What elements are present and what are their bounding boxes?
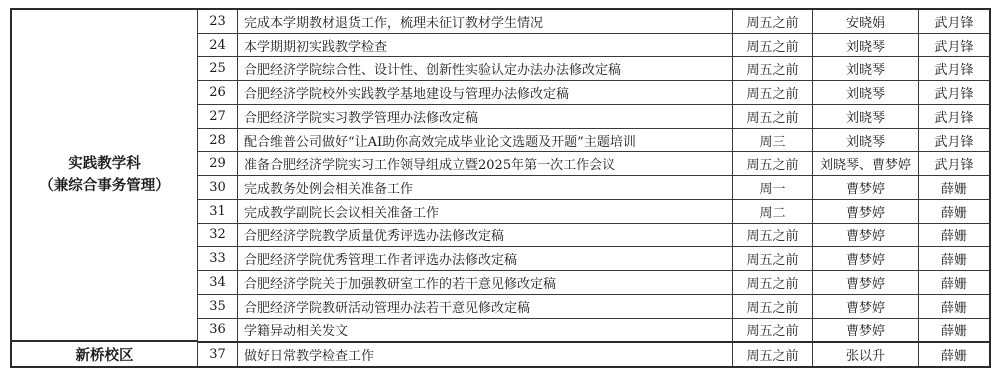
row-number-cell: 30	[198, 176, 238, 199]
task-cell: 合肥经济学院综合性、设计性、创新性实验认定办法办法修改定稿	[238, 57, 733, 80]
deadline-cell: 周五之前	[733, 10, 813, 33]
table-row: 24 本学期期初实践教学检查 周五之前 刘晓琴 武月锋	[198, 33, 989, 57]
section-label-practice-teaching: 实践教学科 （兼综合事务管理）	[12, 10, 197, 340]
row-number-cell: 24	[198, 34, 238, 57]
section-label-line1: 实践教学科	[68, 153, 141, 175]
supervisor-cell: 武月锋	[919, 152, 989, 175]
table-row: 35 合肥经济学院教研活动管理办法若干意见修改定稿 周五之前 曹梦婷 薛姗	[198, 294, 989, 318]
table-rows: 23 完成本学期教材退货工作，梳理未征订教材学生情况 周五之前 安晓娟 武月锋 …	[198, 10, 989, 366]
assignee-cell: 曹梦婷	[813, 247, 919, 270]
task-cell: 准备合肥经济学院实习工作领导组成立暨2025年第一次工作会议	[238, 152, 733, 175]
assignee-cell: 曹梦婷	[813, 271, 919, 294]
task-cell: 合肥经济学院教学质量优秀评选办法修改定稿	[238, 224, 733, 247]
deadline-cell: 周五之前	[733, 34, 813, 57]
deadline-cell: 周五之前	[733, 105, 813, 128]
row-number-cell: 33	[198, 247, 238, 270]
section-label-xinqiao-campus: 新桥校区	[12, 340, 197, 366]
supervisor-cell: 薛姗	[919, 176, 989, 199]
task-cell: 合肥经济学院关于加强教研室工作的若干意见修改定稿	[238, 271, 733, 294]
row-number-cell: 34	[198, 271, 238, 294]
assignee-cell: 张以升	[813, 343, 919, 366]
assignee-cell: 刘晓琴	[813, 34, 919, 57]
deadline-cell: 周五之前	[733, 343, 813, 366]
section-label-line2: （兼综合事务管理）	[39, 175, 170, 197]
assignee-cell: 刘晓琴、曹梦婷	[813, 152, 919, 175]
task-cell: 完成本学期教材退货工作，梳理未征订教材学生情况	[238, 10, 733, 33]
row-number-cell: 27	[198, 105, 238, 128]
table-row: 34 合肥经济学院关于加强教研室工作的若干意见修改定稿 周五之前 曹梦婷 薛姗	[198, 270, 989, 294]
row-number-cell: 25	[198, 57, 238, 80]
deadline-cell: 周二	[733, 200, 813, 223]
assignee-cell: 刘晓琴	[813, 129, 919, 152]
table-row: 30 完成教务处例会相关准备工作 周一 曹梦婷 薛姗	[198, 175, 989, 199]
task-cell: 完成教务处例会相关准备工作	[238, 176, 733, 199]
supervisor-cell: 武月锋	[919, 129, 989, 152]
row-number-cell: 26	[198, 81, 238, 104]
supervisor-cell: 武月锋	[919, 10, 989, 33]
table-row: 28 配合维普公司做好“让AI助你高效完成毕业论文选题及开题”主题培训 周三 刘…	[198, 128, 989, 152]
row-number-cell: 35	[198, 295, 238, 318]
deadline-cell: 周五之前	[733, 152, 813, 175]
supervisor-cell: 薛姗	[919, 295, 989, 318]
assignee-cell: 刘晓琴	[813, 81, 919, 104]
supervisor-cell: 薛姗	[919, 343, 989, 366]
row-number-cell: 32	[198, 224, 238, 247]
table-row: 37 做好日常教学检查工作 周五之前 张以升 薛姗	[198, 341, 989, 366]
supervisor-cell: 薛姗	[919, 247, 989, 270]
row-number-cell: 36	[198, 319, 238, 342]
supervisor-cell: 薛姗	[919, 200, 989, 223]
deadline-cell: 周五之前	[733, 271, 813, 294]
task-cell: 完成教学副院长会议相关准备工作	[238, 200, 733, 223]
supervisor-cell: 武月锋	[919, 81, 989, 104]
task-cell: 合肥经济学院实习教学管理办法修改定稿	[238, 105, 733, 128]
task-table: 实践教学科 （兼综合事务管理） 新桥校区 23 完成本学期教材退货工作，梳理未征…	[10, 8, 991, 368]
task-cell: 做好日常教学检查工作	[238, 343, 733, 366]
task-cell: 合肥经济学院优秀管理工作者评选办法修改定稿	[238, 247, 733, 270]
row-number-cell: 28	[198, 129, 238, 152]
table-row: 32 合肥经济学院教学质量优秀评选办法修改定稿 周五之前 曹梦婷 薛姗	[198, 223, 989, 247]
table-row: 33 合肥经济学院优秀管理工作者评选办法修改定稿 周五之前 曹梦婷 薛姗	[198, 246, 989, 270]
assignee-cell: 安晓娟	[813, 10, 919, 33]
supervisor-cell: 武月锋	[919, 34, 989, 57]
table-row: 27 合肥经济学院实习教学管理办法修改定稿 周五之前 刘晓琴 武月锋	[198, 104, 989, 128]
assignee-cell: 曹梦婷	[813, 319, 919, 342]
supervisor-cell: 武月锋	[919, 105, 989, 128]
row-number-cell: 23	[198, 10, 238, 33]
row-number-cell: 29	[198, 152, 238, 175]
table-row: 25 合肥经济学院综合性、设计性、创新性实验认定办法办法修改定稿 周五之前 刘晓…	[198, 56, 989, 80]
task-cell: 合肥经济学院教研活动管理办法若干意见修改定稿	[238, 295, 733, 318]
table-row: 31 完成教学副院长会议相关准备工作 周二 曹梦婷 薛姗	[198, 199, 989, 223]
deadline-cell: 周五之前	[733, 319, 813, 342]
assignee-cell: 曹梦婷	[813, 295, 919, 318]
deadline-cell: 周一	[733, 176, 813, 199]
deadline-cell: 周五之前	[733, 81, 813, 104]
assignee-cell: 刘晓琴	[813, 57, 919, 80]
deadline-cell: 周五之前	[733, 57, 813, 80]
supervisor-cell: 武月锋	[919, 57, 989, 80]
assignee-cell: 曹梦婷	[813, 200, 919, 223]
section-label-column: 实践教学科 （兼综合事务管理） 新桥校区	[12, 10, 198, 366]
assignee-cell: 刘晓琴	[813, 105, 919, 128]
assignee-cell: 曹梦婷	[813, 224, 919, 247]
table-row: 26 合肥经济学院校外实践教学基地建设与管理办法修改定稿 周五之前 刘晓琴 武月…	[198, 80, 989, 104]
task-cell: 本学期期初实践教学检查	[238, 34, 733, 57]
supervisor-cell: 薛姗	[919, 224, 989, 247]
supervisor-cell: 薛姗	[919, 271, 989, 294]
deadline-cell: 周三	[733, 129, 813, 152]
table-row: 36 学籍异动相关发文 周五之前 曹梦婷 薛姗	[198, 318, 989, 342]
task-cell: 合肥经济学院校外实践教学基地建设与管理办法修改定稿	[238, 81, 733, 104]
task-cell: 配合维普公司做好“让AI助你高效完成毕业论文选题及开题”主题培训	[238, 129, 733, 152]
row-number-cell: 37	[198, 343, 238, 366]
deadline-cell: 周五之前	[733, 295, 813, 318]
row-number-cell: 31	[198, 200, 238, 223]
table-row: 29 准备合肥经济学院实习工作领导组成立暨2025年第一次工作会议 周五之前 刘…	[198, 151, 989, 175]
assignee-cell: 曹梦婷	[813, 176, 919, 199]
deadline-cell: 周五之前	[733, 247, 813, 270]
table-row: 23 完成本学期教材退货工作，梳理未征订教材学生情况 周五之前 安晓娟 武月锋	[198, 10, 989, 33]
task-cell: 学籍异动相关发文	[238, 319, 733, 342]
deadline-cell: 周五之前	[733, 224, 813, 247]
supervisor-cell: 薛姗	[919, 319, 989, 342]
